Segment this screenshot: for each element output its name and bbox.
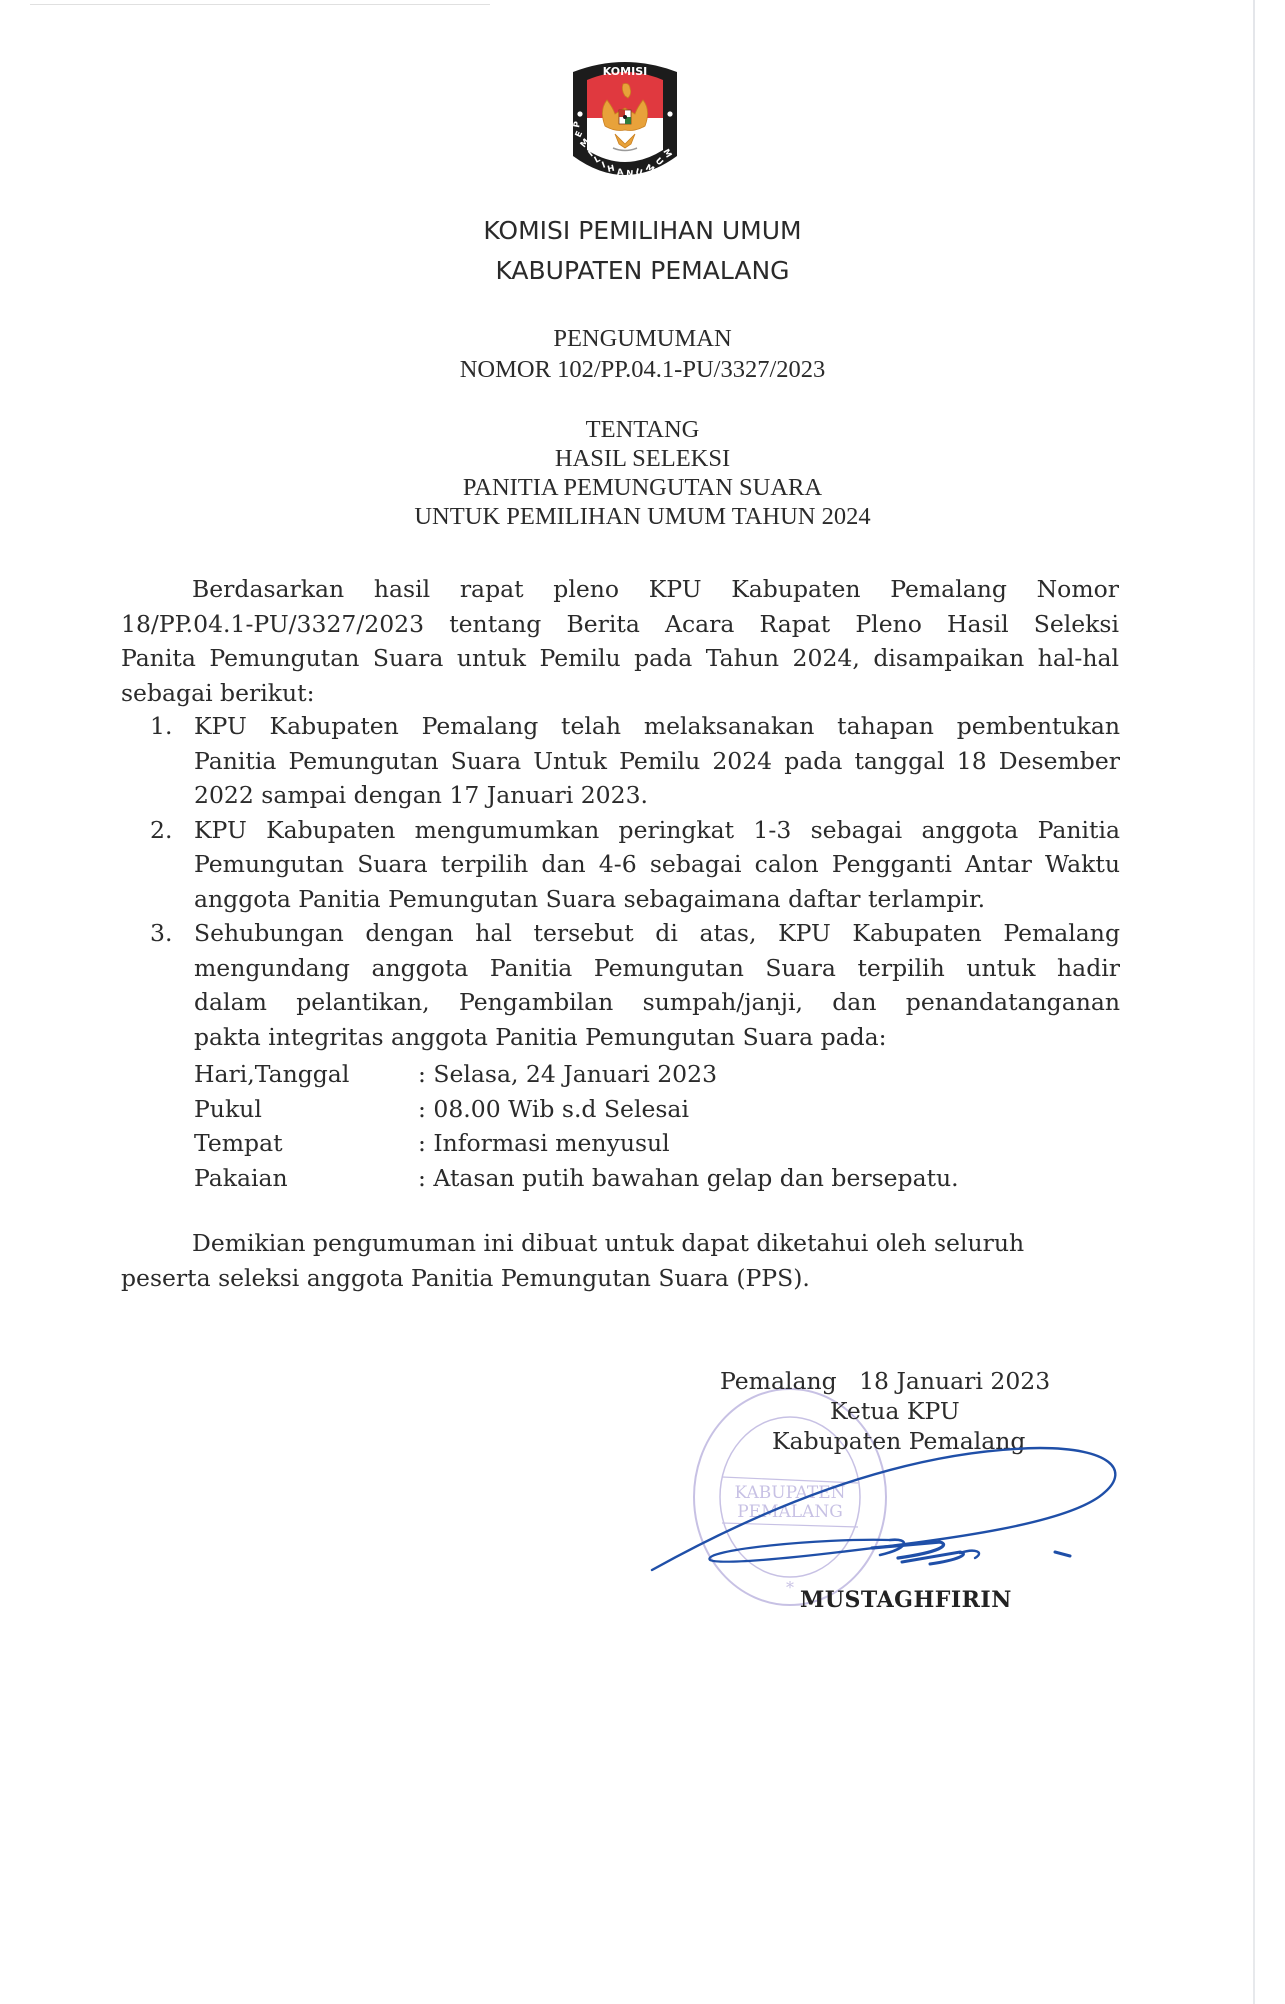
schedule-value: : Informasi menyusul xyxy=(418,1126,670,1161)
agency-regency: KABUPATEN PEMALANG xyxy=(0,256,1285,285)
intro-line: 18/PP.04.1-PU/3327/2023 tentang Berita A… xyxy=(121,607,1119,642)
list-item: 1. KPU Kabupaten Pemalang telah melaksan… xyxy=(150,709,1120,813)
signer-role: Ketua KPU xyxy=(830,1397,960,1425)
schedule-row-place: Tempat : Informasi menyusul xyxy=(194,1126,959,1161)
list-number: 1. xyxy=(150,709,192,744)
document-number: NOMOR 102/PP.04.1-PU/3327/2023 xyxy=(0,356,1285,384)
intro-line: Berdasarkan hasil rapat pleno KPU Kabupa… xyxy=(121,572,1119,607)
intro-paragraph: Berdasarkan hasil rapat pleno KPU Kabupa… xyxy=(121,572,1119,710)
scan-edge-top xyxy=(30,4,490,5)
list-line: Sehubungan dengan hal tersebut di atas, … xyxy=(194,916,1120,951)
schedule-label: Pakaian xyxy=(194,1161,418,1196)
list-number: 2. xyxy=(150,813,192,848)
list-item: 2. KPU Kabupaten mengumumkan peringkat 1… xyxy=(150,813,1120,917)
schedule-row-time: Pukul : 08.00 Wib s.d Selesai xyxy=(194,1092,959,1127)
svg-text:N: N xyxy=(626,169,634,179)
schedule-value: : Selasa, 24 Januari 2023 xyxy=(418,1057,717,1092)
svg-text:A: A xyxy=(617,168,625,178)
scan-edge-right xyxy=(1253,0,1255,2004)
closing-paragraph: Demikian pengumuman ini dibuat untuk dap… xyxy=(121,1226,1119,1295)
handwritten-signature-icon xyxy=(640,1430,1140,1610)
intro-line: Panita Pemungutan Suara untuk Pemilu pad… xyxy=(121,641,1119,676)
agency-name: KOMISI PEMILIHAN UMUM xyxy=(0,216,1285,245)
list-line: pakta integritas anggota Panitia Pemungu… xyxy=(194,1020,1120,1055)
document-subject-line: UNTUK PEMILIHAN UMUM TAHUN 2024 xyxy=(0,503,1285,531)
closing-line: peserta seleksi anggota Panitia Pemungut… xyxy=(121,1261,1119,1296)
closing-line: Demikian pengumuman ini dibuat untuk dap… xyxy=(121,1226,1119,1261)
document-subject-line: HASIL SELEKSI xyxy=(0,445,1285,473)
schedule-row-date: Hari,Tanggal : Selasa, 24 Januari 2023 xyxy=(194,1057,959,1092)
logo-top-text: KOMISI xyxy=(603,65,647,78)
schedule-value: : 08.00 Wib s.d Selesai xyxy=(418,1092,689,1127)
list-line: 2022 sampai dengan 17 Januari 2023. xyxy=(194,778,1120,813)
place-date: Pemalang 18 Januari 2023 xyxy=(720,1367,1050,1395)
kpu-emblem-icon: KOMISI P E M I L I H A N U M U M xyxy=(565,58,685,186)
schedule-label: Pukul xyxy=(194,1092,418,1127)
list-line: KPU Kabupaten Pemalang telah melaksanaka… xyxy=(194,709,1120,744)
list-line: KPU Kabupaten mengumumkan peringkat 1-3 … xyxy=(194,813,1120,848)
document-about: TENTANG xyxy=(0,416,1285,444)
list-line: Panitia Pemungutan Suara Untuk Pemilu 20… xyxy=(194,744,1120,779)
document-title: PENGUMUMAN xyxy=(0,325,1285,353)
schedule-row-dress: Pakaian : Atasan putih bawahan gelap dan… xyxy=(194,1161,959,1196)
svg-text:U: U xyxy=(634,167,643,178)
schedule-label: Hari,Tanggal xyxy=(194,1057,418,1092)
intro-line: sebagai berikut: xyxy=(121,676,1119,711)
list-line: mengundang anggota Panitia Pemungutan Su… xyxy=(194,951,1120,986)
list-line: Pemungutan Suara terpilih dan 4-6 sebaga… xyxy=(194,847,1120,882)
list-item: 3. Sehubungan dengan hal tersebut di ata… xyxy=(150,916,1120,1054)
list-line: anggota Panitia Pemungutan Suara sebagai… xyxy=(194,882,1120,917)
schedule-value: : Atasan putih bawahan gelap dan bersepa… xyxy=(418,1161,959,1196)
list-number: 3. xyxy=(150,916,192,951)
numbered-list: 1. KPU Kabupaten Pemalang telah melaksan… xyxy=(150,709,1120,1054)
event-schedule: Hari,Tanggal : Selasa, 24 Januari 2023 P… xyxy=(194,1057,959,1195)
document-subject-line: PANITIA PEMUNGUTAN SUARA xyxy=(0,474,1285,502)
schedule-label: Tempat xyxy=(194,1126,418,1161)
list-line: dalam pelantikan, Pengambilan sumpah/jan… xyxy=(194,985,1120,1020)
